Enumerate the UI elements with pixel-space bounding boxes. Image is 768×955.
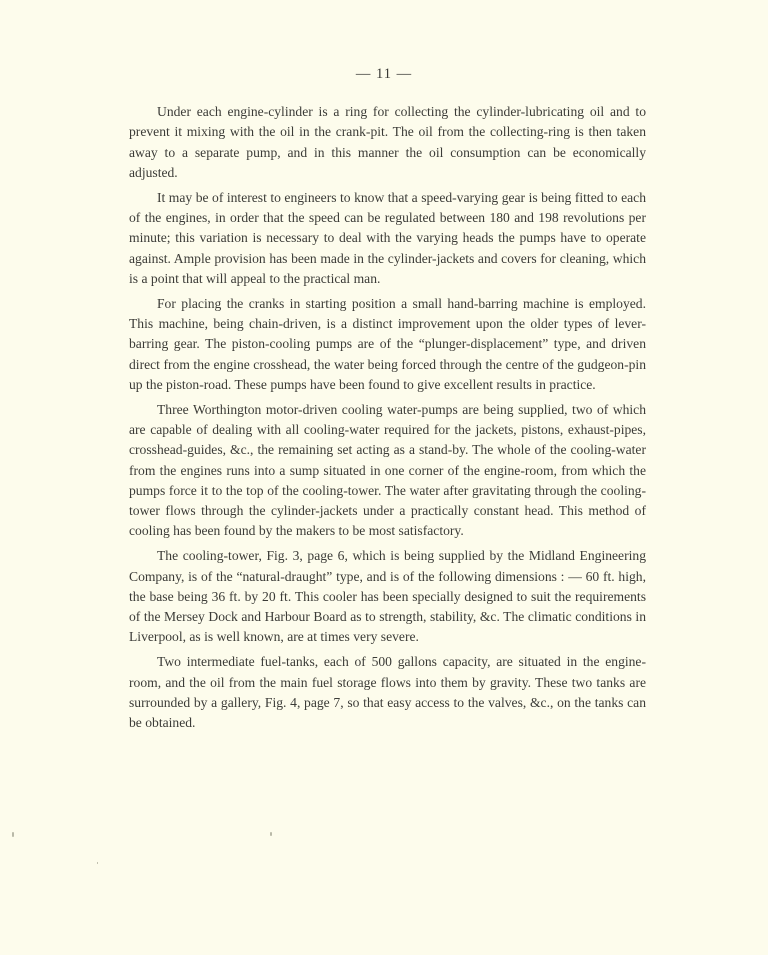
page-number: — 11 — [0,66,768,83]
body-text: Under each engine-cylinder is a ring for… [129,102,646,738]
scan-speck [97,862,98,864]
paragraph-oil-collecting-ring: Under each engine-cylinder is a ring for… [129,102,646,183]
paragraph-fuel-tanks: Two intermediate fuel-tanks, each of 500… [129,652,646,733]
paragraph-cooling-water-pumps: Three Worthington motor-driven cooling w… [129,400,646,542]
scan-speck [270,832,272,836]
paragraph-hand-barring-machine: For placing the cranks in starting posit… [129,294,646,395]
document-page: — 11 — Under each engine-cylinder is a r… [0,0,768,955]
scan-speck [12,832,14,837]
paragraph-cooling-tower: The cooling-tower, Fig. 3, page 6, which… [129,546,646,647]
paragraph-speed-varying-gear: It may be of interest to engineers to kn… [129,188,646,289]
